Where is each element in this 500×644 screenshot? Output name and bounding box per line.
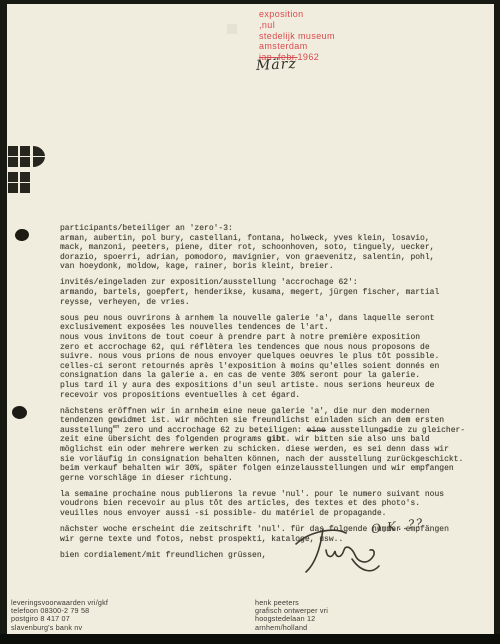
typed-paragraph: invités/eingeladen zur exposition/ausste… bbox=[60, 278, 492, 307]
handwritten-month: März bbox=[256, 56, 298, 74]
text-line: invités/eingeladen zur exposition/ausste… bbox=[60, 278, 492, 288]
text-line: gerne vorschläge in dieser richtung. bbox=[60, 474, 492, 484]
text-line: arman, aubertin, pol bury, castellani, f… bbox=[60, 234, 492, 244]
text-line: möglichst ein oder mehrere werken zu sch… bbox=[60, 445, 492, 455]
text-line: ausstellungen zero und accrochage 62 zu … bbox=[60, 426, 492, 436]
text-line: veuilles nous envoyer aussi -si possible… bbox=[60, 509, 492, 519]
text-line: mack, manzoni, peeters, piene, diter rot… bbox=[60, 243, 492, 253]
text-line: sie vorläufig in consignation behalten k… bbox=[60, 455, 492, 465]
text-line: beim verkauf behalten wir 30%, später fo… bbox=[60, 464, 492, 474]
typed-paragraph: bien cordialement/mit freundlichen grüss… bbox=[60, 551, 492, 561]
text-line: nous vous invitons de tout coeur à prend… bbox=[60, 333, 492, 343]
faint-square-mark bbox=[227, 24, 237, 34]
text-line: armando, bartels, goepfert, henderikse, … bbox=[60, 288, 492, 298]
handwritten-signature bbox=[292, 524, 384, 582]
text-line: amsterdam bbox=[259, 41, 335, 52]
scanned-letter: exposition,nulstedelijk museumamsterdam … bbox=[0, 0, 500, 644]
text-line: recevoir vos propositions eventuelles à … bbox=[60, 391, 492, 401]
text-line: nächster woche erscheint die zeitschrift… bbox=[60, 525, 492, 535]
text-line: arnhem/holland bbox=[255, 624, 328, 632]
text-line: reysse, verheyen, de vries. bbox=[60, 298, 492, 308]
typed-paragraph: sous peu nous ouvrirons à arnhem la nouv… bbox=[60, 314, 492, 400]
stamp-date-year: 1962 bbox=[298, 52, 320, 62]
text-line: celles-ci seront retournés après l'expos… bbox=[60, 362, 492, 372]
text-line: plus tard il y aura des expositions d'un… bbox=[60, 381, 492, 391]
footer-right-column: henk peetersgrafisch ontwerper vrihoogst… bbox=[255, 599, 328, 632]
text-line: dorazio, spoerri, adrian, pomodoro, mavi… bbox=[60, 253, 492, 263]
text-line: slavenburg's bank nv bbox=[11, 624, 108, 632]
text-line: van hoeydonk, moldow, kage, rainer, bori… bbox=[60, 262, 492, 272]
text-line: nächstens eröffnen wir in arnheim eine n… bbox=[60, 407, 492, 417]
typed-paragraph: nächster woche erscheint die zeitschrift… bbox=[60, 525, 492, 544]
red-stamp: exposition,nulstedelijk museumamsterdam … bbox=[259, 9, 335, 63]
logo-squares-top-icon bbox=[8, 146, 30, 167]
text-line: la semaine prochaine nous publierons la … bbox=[60, 490, 492, 500]
text-line: stedelijk museum bbox=[259, 31, 335, 42]
text-line: suivre. nous vous prions de nous envoyer… bbox=[60, 352, 492, 362]
scan-bottom-edge bbox=[0, 634, 500, 644]
typed-paragraph: nächstens eröffnen wir in arnheim eine n… bbox=[60, 407, 492, 484]
logo-squares-bottom-icon bbox=[8, 172, 30, 193]
text-line: ,nul bbox=[259, 20, 335, 31]
footer-left-column: leveringsvoorwaarden vri/gkftelefoon 083… bbox=[11, 599, 108, 632]
stamp-lines: exposition,nulstedelijk museumamsterdam bbox=[259, 9, 335, 52]
typed-paragraph: la semaine prochaine nous publierons la … bbox=[60, 490, 492, 519]
text-line: tendenzen gewidmet ist. wir möchten sie … bbox=[60, 416, 492, 426]
text-line: exposition bbox=[259, 9, 335, 20]
text-line: bien cordialement/mit freundlichen grüss… bbox=[60, 551, 492, 561]
text-line: participants/beteiliger an 'zero'-3: bbox=[60, 224, 492, 234]
text-line: consignation dans la galerie a. en cas d… bbox=[60, 371, 492, 381]
text-line: zero et accrochage 62, qui réflètera les… bbox=[60, 343, 492, 353]
text-line: wir gerne texte und fotos, nebst prospek… bbox=[60, 535, 492, 545]
typed-paragraph: participants/beteiliger an 'zero'-3:arma… bbox=[60, 224, 492, 272]
text-line: exclusivement exposées les nouvelles ten… bbox=[60, 323, 492, 333]
text-line: voudrons bien recevoir au plus tôt des a… bbox=[60, 499, 492, 509]
text-line: sous peu nous ouvrirons à arnhem la nouv… bbox=[60, 314, 492, 324]
text-line: zeit eine übersicht des folgenden progra… bbox=[60, 435, 492, 445]
typed-body: participants/beteiliger an 'zero'-3:arma… bbox=[60, 224, 492, 567]
